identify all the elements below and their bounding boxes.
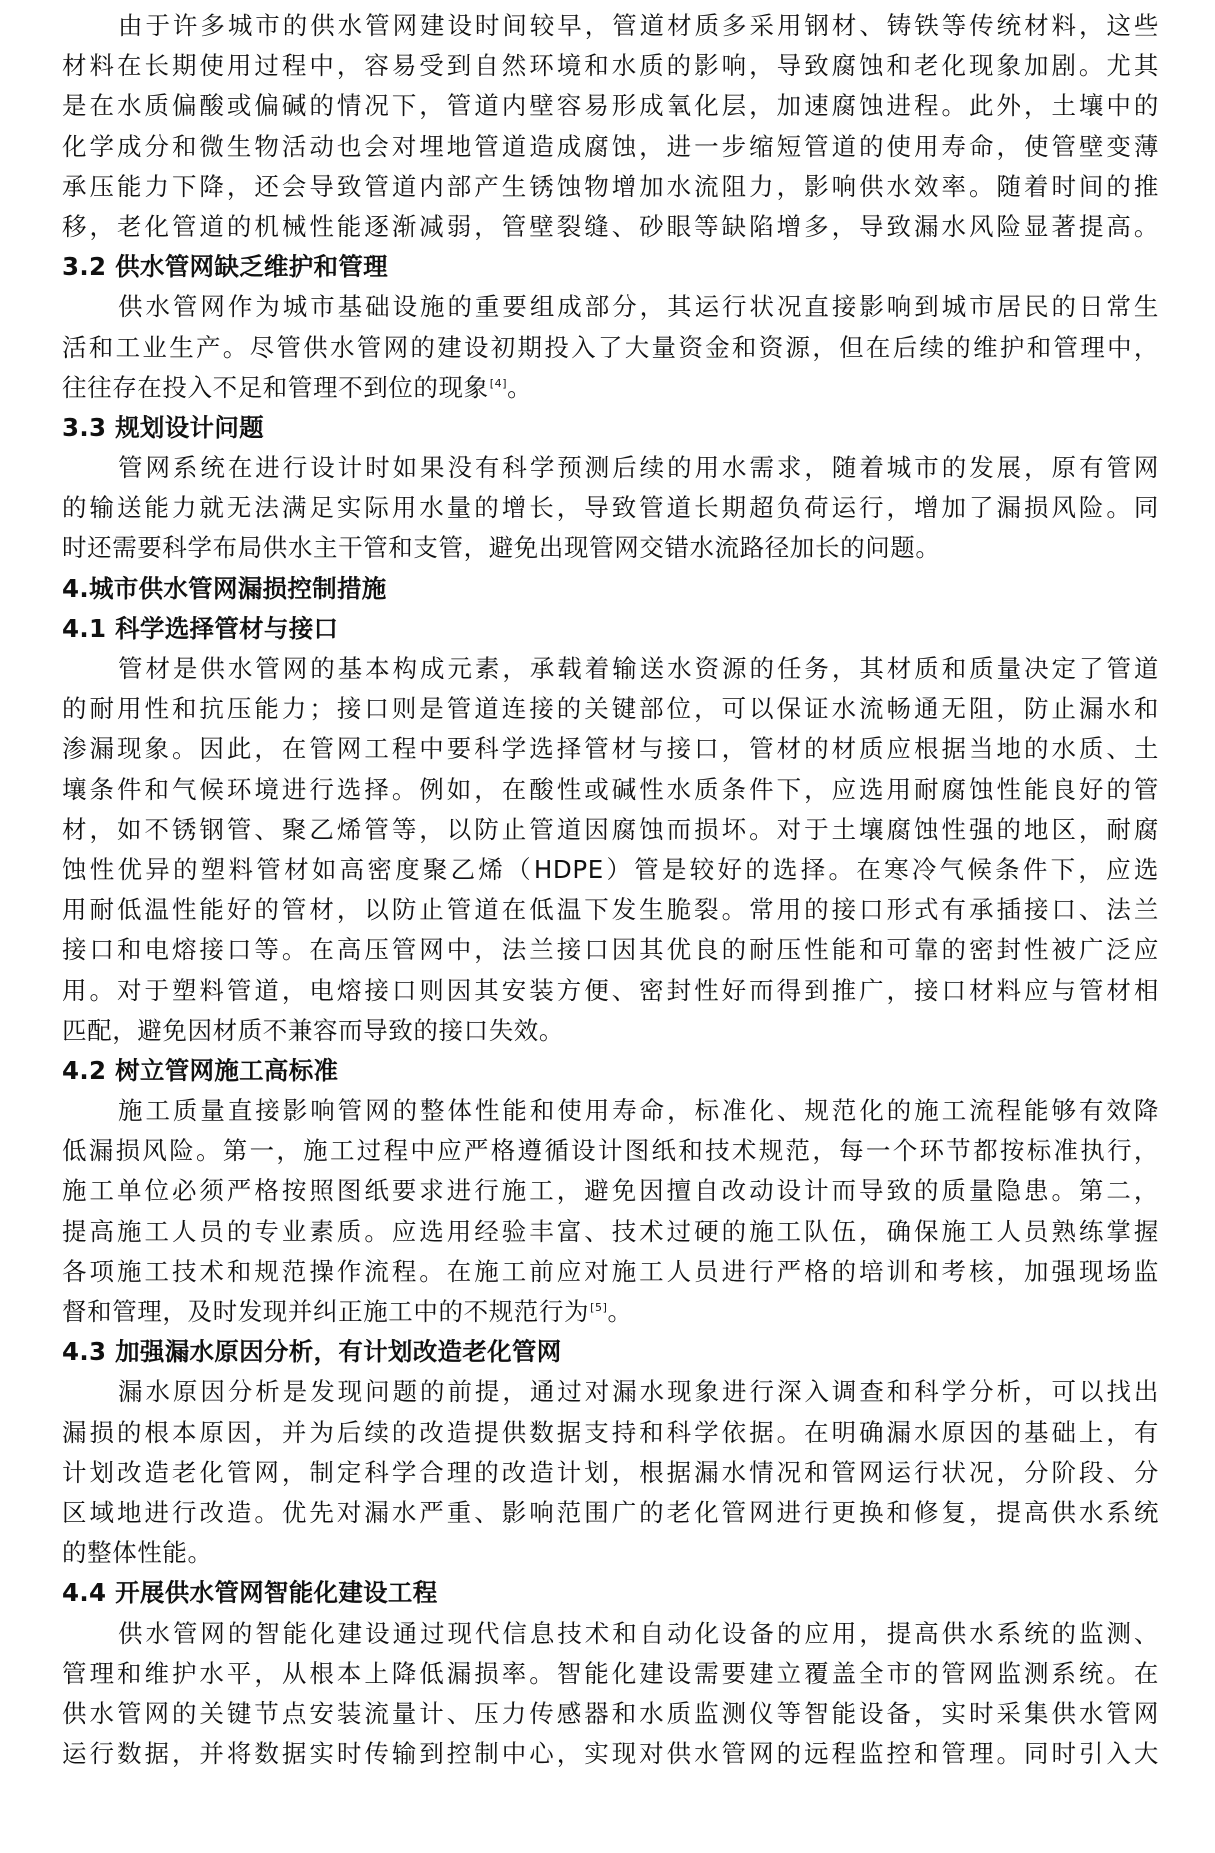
paragraph-pipe-aging: 由于许多城市的供水管网建设时间较早，管道材质多采用钢材、铸铁等传统材料，这些 材… [62, 6, 1159, 247]
text-line: 供水管网的智能化建设通过现代信息技术和自动化设备的应用，提高供水系统的监测、 [62, 1614, 1159, 1654]
section-heading-3-3: 3.3 规划设计问题 [62, 408, 1159, 448]
text-line: 材料在长期使用过程中，容易受到自然环境和水质的影响，导致腐蚀和老化现象加剧。尤其 [62, 46, 1159, 86]
text-line: 管理和维护水平，从根本上降低漏损率。智能化建设需要建立覆盖全市的管网监测系统。在 [62, 1654, 1159, 1694]
text-span: 往往存在投入不足和管理不到位的现象 [62, 373, 489, 402]
paragraph-planning: 管网系统在进行设计时如果没有科学预测后续的用水需求，随着城市的发展，原有管网 的… [62, 448, 1159, 569]
text-span: 督和管理，及时发现并纠正施工中的不规范行为 [62, 1297, 589, 1326]
paragraph-smart-network: 供水管网的智能化建设通过现代信息技术和自动化设备的应用，提高供水系统的监测、 管… [62, 1614, 1159, 1775]
text-line: 往往存在投入不足和管理不到位的现象[4]。 [62, 368, 1159, 408]
text-line: 管材是供水管网的基本构成元素，承载着输送水资源的任务，其材质和质量决定了管道 [62, 649, 1159, 689]
text-span: 。 [608, 1297, 633, 1326]
text-line: 供水管网作为城市基础设施的重要组成部分，其运行状况直接影响到城市居民的日常生 [62, 287, 1159, 327]
text-line: 接口和电熔接口等。在高压管网中，法兰接口因其优良的耐压性能和可靠的密封性被广泛应 [62, 930, 1159, 970]
text-line: 的输送能力就无法满足实际用水量的增长，导致管道长期超负荷运行，增加了漏损风险。同 [62, 488, 1159, 528]
section-heading-4: 4.城市供水管网漏损控制措施 [62, 569, 1159, 609]
section-heading-4-1: 4.1 科学选择管材与接口 [62, 609, 1159, 649]
text-line: 匹配，避免因材质不兼容而导致的接口失效。 [62, 1011, 1159, 1051]
text-line: 蚀性优异的塑料管材如高密度聚乙烯（HDPE）管是较好的选择。在寒冷气候条件下，应… [62, 850, 1159, 890]
text-line: 运行数据，并将数据实时传输到控制中心，实现对供水管网的远程监控和管理。同时引入大 [62, 1734, 1159, 1774]
document-page: 由于许多城市的供水管网建设时间较早，管道材质多采用钢材、铸铁等传统材料，这些 材… [0, 0, 1215, 1774]
section-heading-4-2: 4.2 树立管网施工高标准 [62, 1051, 1159, 1091]
text-line: 活和工业生产。尽管供水管网的建设初期投入了大量资金和资源，但在后续的维护和管理中… [62, 328, 1159, 368]
text-line: 由于许多城市的供水管网建设时间较早，管道材质多采用钢材、铸铁等传统材料，这些 [62, 6, 1159, 46]
citation-ref[interactable]: [4] [490, 377, 507, 390]
text-line: 计划改造老化管网，制定科学合理的改造计划，根据漏水情况和管网运行状况，分阶段、分 [62, 1453, 1159, 1493]
paragraph-maintenance: 供水管网作为城市基础设施的重要组成部分，其运行状况直接影响到城市居民的日常生 活… [62, 287, 1159, 408]
text-line: 督和管理，及时发现并纠正施工中的不规范行为[5]。 [62, 1292, 1159, 1332]
text-line: 用耐低温性能好的管材，以防止管道在低温下发生脆裂。常用的接口形式有承插接口、法兰 [62, 890, 1159, 930]
text-line: 管网系统在进行设计时如果没有科学预测后续的用水需求，随着城市的发展，原有管网 [62, 448, 1159, 488]
section-heading-4-4: 4.4 开展供水管网智能化建设工程 [62, 1573, 1159, 1613]
text-line: 材，如不锈钢管、聚乙烯管等，以防止管道因腐蚀而损坏。对于土壤腐蚀性强的地区，耐腐 [62, 810, 1159, 850]
text-line: 漏损的根本原因，并为后续的改造提供数据支持和科学依据。在明确漏水原因的基础上，有 [62, 1413, 1159, 1453]
text-line: 提高施工人员的专业素质。应选用经验丰富、技术过硬的施工队伍，确保施工人员熟练掌握 [62, 1212, 1159, 1252]
text-line: 漏水原因分析是发现问题的前提，通过对漏水现象进行深入调查和科学分析，可以找出 [62, 1372, 1159, 1412]
text-line: 施工单位必须严格按照图纸要求进行施工，避免因擅自改动设计而导致的质量隐患。第二， [62, 1171, 1159, 1211]
paragraph-construction: 施工质量直接影响管网的整体性能和使用寿命，标准化、规范化的施工流程能够有效降 低… [62, 1091, 1159, 1332]
section-heading-3-2: 3.2 供水管网缺乏维护和管理 [62, 247, 1159, 287]
text-line: 移，老化管道的机械性能逐渐减弱，管壁裂缝、砂眼等缺陷增多，导致漏水风险显著提高。 [62, 207, 1159, 247]
text-line: 的整体性能。 [62, 1533, 1159, 1573]
text-line: 低漏损风险。第一，施工过程中应严格遵循设计图纸和技术规范，每一个环节都按标准执行… [62, 1131, 1159, 1171]
text-line: 区域地进行改造。优先对漏水严重、影响范围广的老化管网进行更换和修复，提高供水系统 [62, 1493, 1159, 1533]
text-line: 是在水质偏酸或偏碱的情况下，管道内壁容易形成氧化层，加速腐蚀进程。此外，土壤中的 [62, 86, 1159, 126]
text-span: 。 [507, 373, 532, 402]
text-line: 供水管网的关键节点安装流量计、压力传感器和水质监测仪等智能设备，实时采集供水管网 [62, 1694, 1159, 1734]
text-line: 渗漏现象。因此，在管网工程中要科学选择管材与接口，管材的材质应根据当地的水质、土 [62, 729, 1159, 769]
text-line: 用。对于塑料管道，电熔接口则因其安装方便、密封性好而得到推广，接口材料应与管材相 [62, 971, 1159, 1011]
text-line: 化学成分和微生物活动也会对埋地管道造成腐蚀，进一步缩短管道的使用寿命，使管壁变薄 [62, 127, 1159, 167]
paragraph-leak-analysis: 漏水原因分析是发现问题的前提，通过对漏水现象进行深入调查和科学分析，可以找出 漏… [62, 1372, 1159, 1573]
text-line: 承压能力下降，还会导致管道内部产生锈蚀物增加水流阻力，影响供水效率。随着时间的推 [62, 167, 1159, 207]
text-line: 时还需要科学布局供水主干管和支管，避免出现管网交错水流路径加长的问题。 [62, 528, 1159, 568]
text-line: 施工质量直接影响管网的整体性能和使用寿命，标准化、规范化的施工流程能够有效降 [62, 1091, 1159, 1131]
text-line: 的耐用性和抗压能力；接口则是管道连接的关键部位，可以保证水流畅通无阻，防止漏水和 [62, 689, 1159, 729]
citation-ref[interactable]: [5] [590, 1301, 607, 1314]
text-line: 各项施工技术和规范操作流程。在施工前应对施工人员进行严格的培训和考核，加强现场监 [62, 1252, 1159, 1292]
text-line: 壤条件和气候环境进行选择。例如，在酸性或碱性水质条件下，应选用耐腐蚀性能良好的管 [62, 770, 1159, 810]
section-heading-4-3: 4.3 加强漏水原因分析，有计划改造老化管网 [62, 1332, 1159, 1372]
paragraph-materials: 管材是供水管网的基本构成元素，承载着输送水资源的任务，其材质和质量决定了管道 的… [62, 649, 1159, 1051]
